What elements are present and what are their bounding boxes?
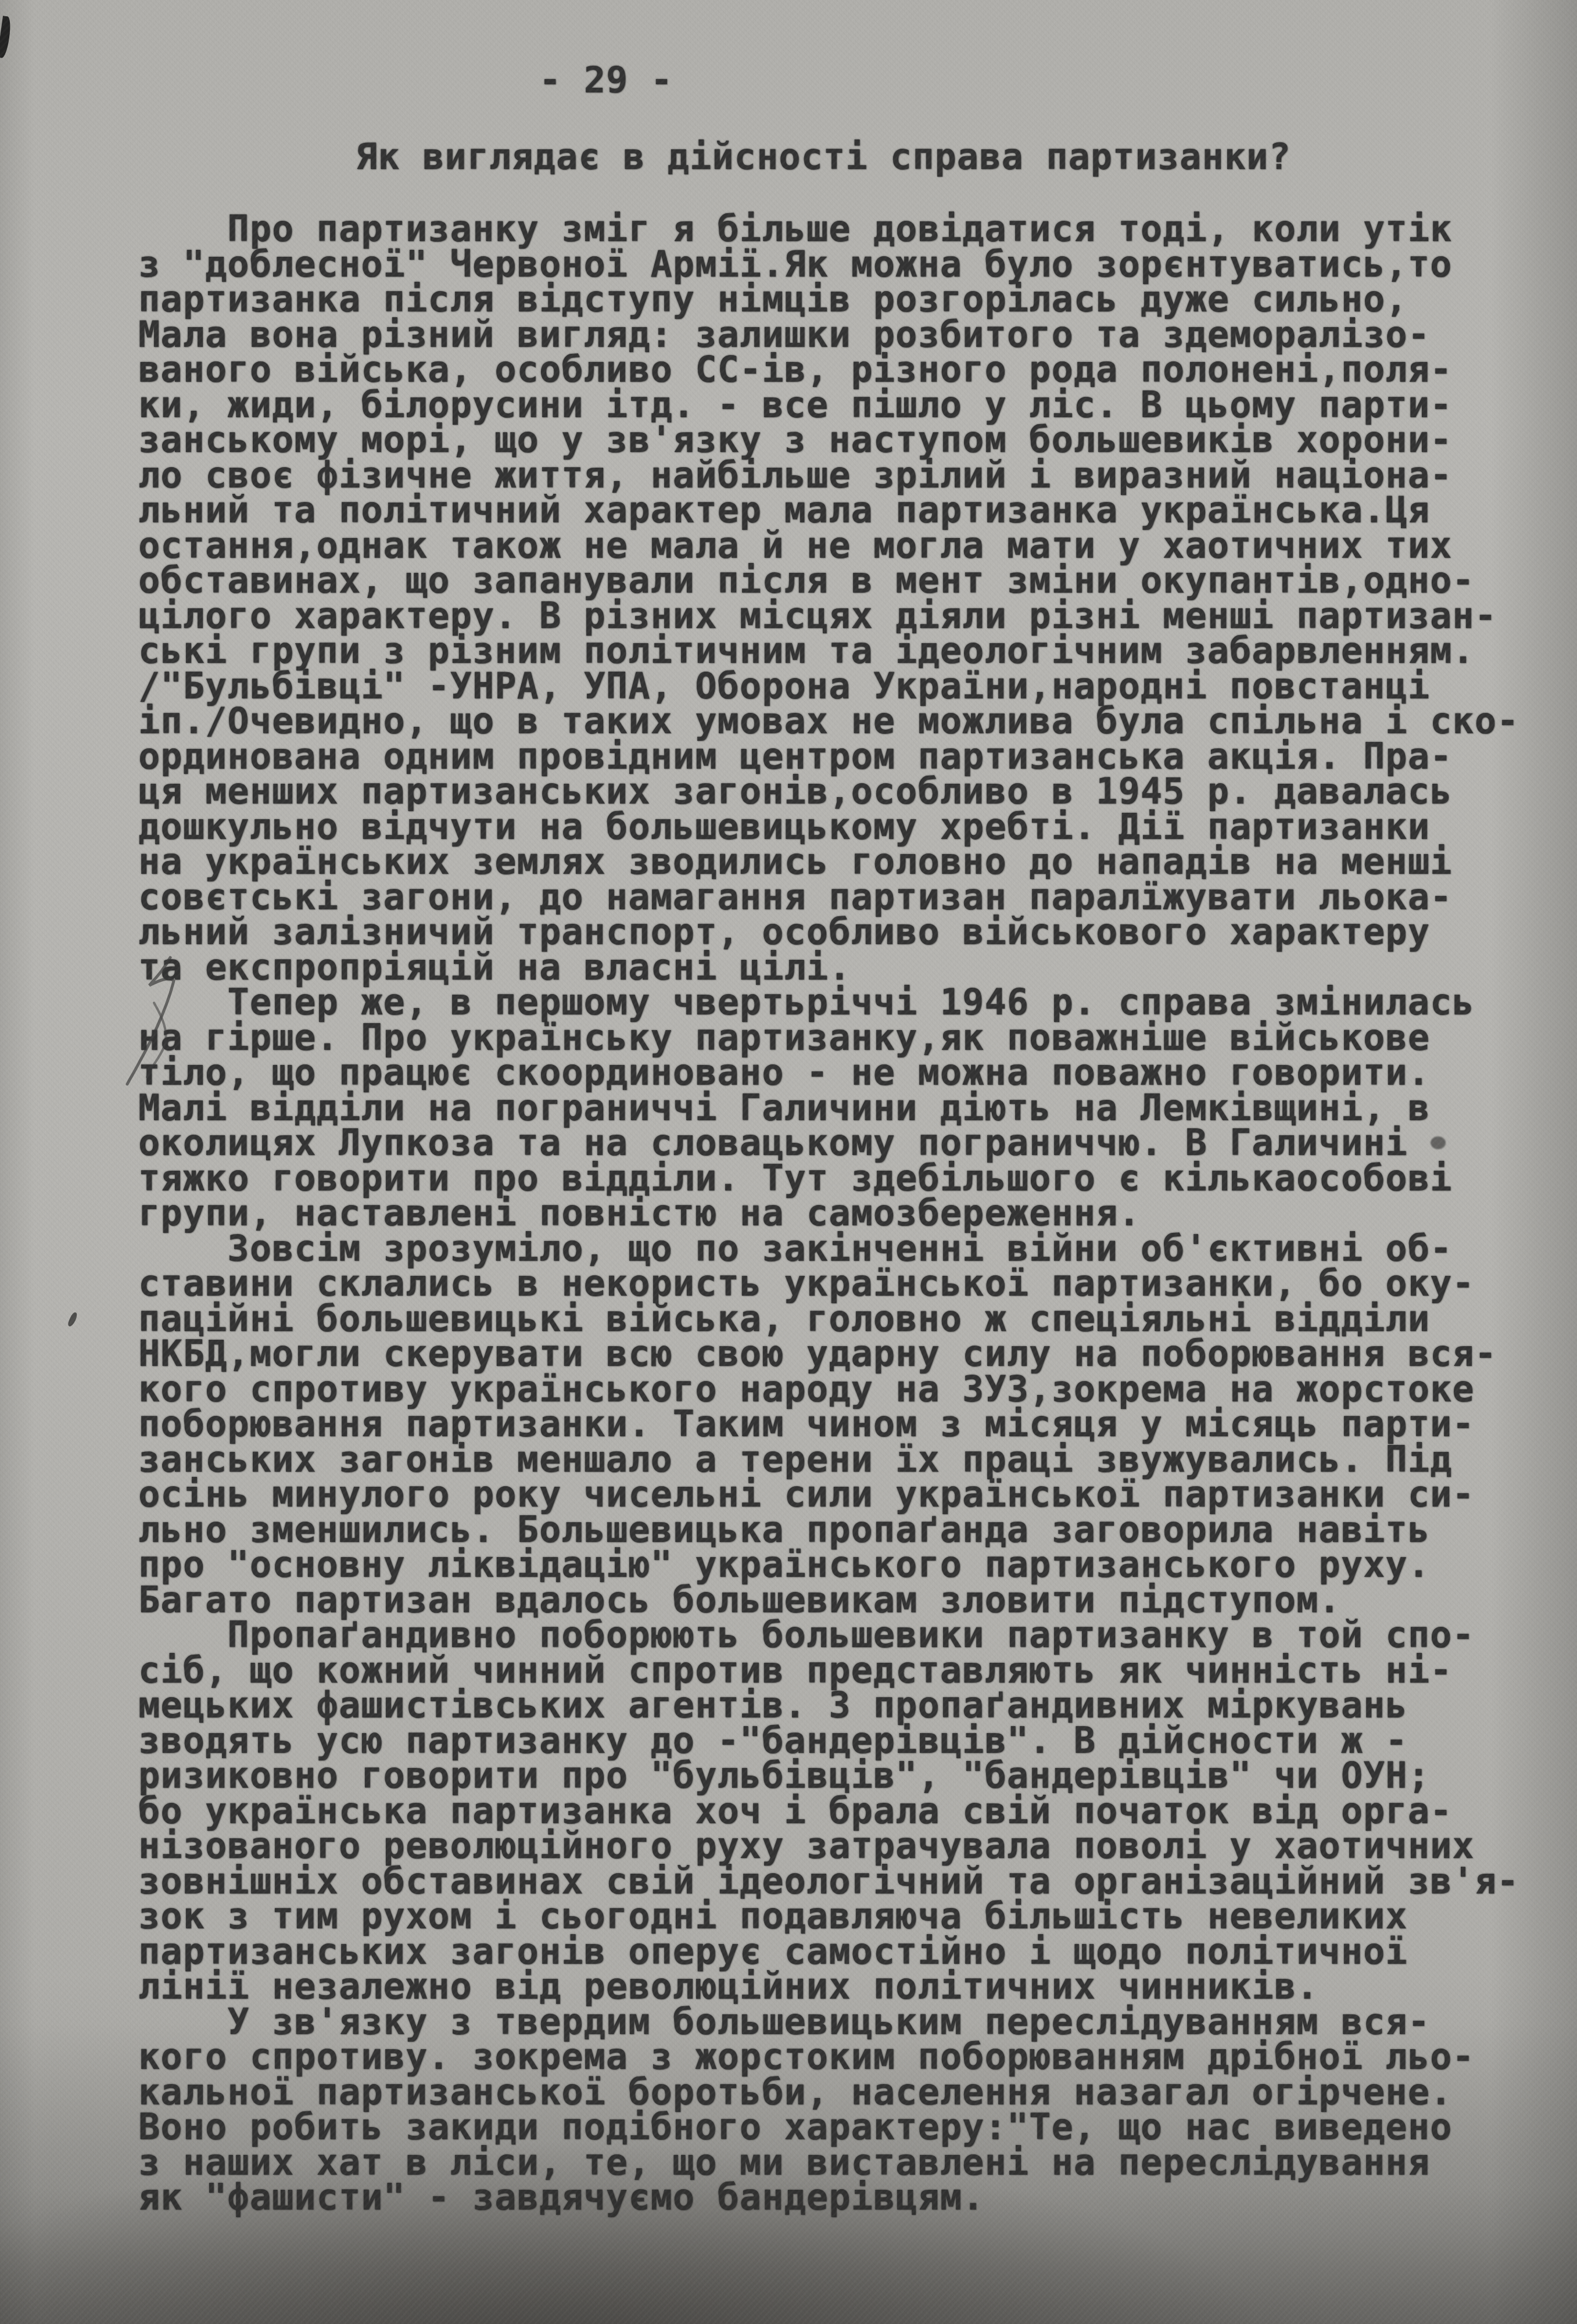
scan-shadow-left xyxy=(0,0,35,2324)
scan-shadow-bottom xyxy=(0,2022,1577,2324)
text-line: мецьких фашистівських агентів. З пропаґа… xyxy=(138,1688,1556,1723)
text-line: Малі відділи на пограниччі Галичини діют… xyxy=(138,1091,1556,1126)
text-line: нізованого революційного руху затрачувал… xyxy=(138,1828,1556,1864)
text-line: Пропаґандивно поборюють большевики парти… xyxy=(138,1618,1556,1653)
text-line: дошкульно відчути на большевицькому хреб… xyxy=(138,809,1556,845)
text-line: льно зменшились. Большевицька пропаґанда… xyxy=(138,1512,1556,1548)
text-line: остання,однак також не мала й не могла м… xyxy=(138,528,1556,564)
text-line: Зовсім зрозуміло, що по закінченні війни… xyxy=(138,1231,1556,1267)
text-line: сіб, що кожний чинний спротив представля… xyxy=(138,1653,1556,1688)
text-line: зок з тим рухом і сьогодні подавляюча бі… xyxy=(138,1899,1556,1934)
text-line: тяжко говорити про відділи. Тут здебільш… xyxy=(138,1161,1556,1196)
text-line: обставинах, що запанували після в мент з… xyxy=(138,563,1556,598)
text-line: Мала вона різний вигляд: залишки розбито… xyxy=(138,317,1556,353)
document-body: Про партизанку зміг я більше довідатися … xyxy=(138,211,1556,2215)
text-line: льний та політичний характер мала партиз… xyxy=(138,493,1556,528)
text-line: поборювання партизанки. Таким чином з мі… xyxy=(138,1407,1556,1442)
text-line: ло своє фізичне життя, найбільше зрілий … xyxy=(138,458,1556,493)
text-line: та експропріяцій на власні цілі. xyxy=(138,950,1556,985)
handwritten-pen-mark xyxy=(113,947,264,1121)
text-line: Тепер же, в першому чвертьріччі 1946 р. … xyxy=(138,985,1556,1020)
text-line: околицях Лупкоза та на словацькому погра… xyxy=(138,1125,1556,1161)
text-line: ки, жиди, білорусини ітд. - все пішло у … xyxy=(138,388,1556,423)
text-line: совєтські загони, до намагання партизан … xyxy=(138,880,1556,915)
text-line: зовнішніх обставинах свій ідеологічний т… xyxy=(138,1864,1556,1899)
text-line: лінії незалежно від революційних політич… xyxy=(138,1969,1556,2004)
text-line: зводять усю партизанку до -"бандерівців"… xyxy=(138,1723,1556,1759)
text-line: групи, наставлені повністю на самозбереж… xyxy=(138,1196,1556,1231)
text-line: ризиковно говорити про "бульбівців", "ба… xyxy=(138,1758,1556,1794)
text-line: занському морі, що у зв'язку з наступом … xyxy=(138,422,1556,458)
text-line: НКБД,могли скерувати всю свою ударну сил… xyxy=(138,1336,1556,1372)
paragraph: Про партизанку зміг я більше довідатися … xyxy=(138,211,1556,985)
text-line: Багато партизан вдалось большевикам злов… xyxy=(138,1583,1556,1618)
text-line: ставини склались в некористь української… xyxy=(138,1266,1556,1301)
paragraph: Пропаґандивно поборюють большевики парти… xyxy=(138,1618,1556,2004)
text-line: ваного війська, особливо СС-ів, різного … xyxy=(138,352,1556,388)
text-line: кого спротиву українського народу на ЗУЗ… xyxy=(138,1372,1556,1407)
text-line: цілого характеру. В різних місцях діяли … xyxy=(138,598,1556,634)
text-line: Про партизанку зміг я більше довідатися … xyxy=(138,211,1556,247)
text-line: ські групи з різним політичним та ідеоло… xyxy=(138,633,1556,669)
text-line: на українських землях зводились головно … xyxy=(138,844,1556,880)
paragraph: Тепер же, в першому чвертьріччі 1946 р. … xyxy=(138,985,1556,1231)
ink-speck xyxy=(67,1311,78,1328)
scanned-document-page: - 29 - Як виглядає в дійсності справа па… xyxy=(0,0,1577,2324)
text-line: тіло, що працює скоординовано - не можна… xyxy=(138,1055,1556,1091)
text-line: осінь минулого року чисельні сили україн… xyxy=(138,1477,1556,1512)
text-line: іп./Очевидно, що в таких умовах не можли… xyxy=(138,704,1556,739)
page-title: Як виглядає в дійсності справа партизанк… xyxy=(356,139,1291,175)
page-number: - 29 - xyxy=(539,63,673,98)
text-line: занських загонів меншало а терени їх пра… xyxy=(138,1442,1556,1477)
paragraph: Зовсім зрозуміло, що по закінченні війни… xyxy=(138,1231,1556,1618)
text-line: ординована одним провідним центром парти… xyxy=(138,739,1556,774)
text-line: про "основну ліквідацію" українського па… xyxy=(138,1547,1556,1583)
text-line: партизанка після відступу німців розгорі… xyxy=(138,282,1556,317)
text-line: льний залізничий транспорт, особливо вій… xyxy=(138,914,1556,950)
scan-shadow-right xyxy=(1490,0,1577,2324)
text-line: партизанських загонів оперує самостійно … xyxy=(138,1934,1556,1970)
text-line: паційні большевицькі війська, головно ж … xyxy=(138,1301,1556,1337)
text-line: бо українська партизанка хоч і брала сві… xyxy=(138,1794,1556,1829)
ink-speck xyxy=(1431,1136,1446,1149)
text-line: ця менших партизанських загонів,особливо… xyxy=(138,774,1556,809)
text-line: з "доблесної" Червоної Армії.Як можна бу… xyxy=(138,247,1556,282)
text-line: на гірше. Про українську партизанку,як п… xyxy=(138,1020,1556,1056)
text-line: /"Бульбівці" -УНРА, УПА, Оборона України… xyxy=(138,669,1556,704)
